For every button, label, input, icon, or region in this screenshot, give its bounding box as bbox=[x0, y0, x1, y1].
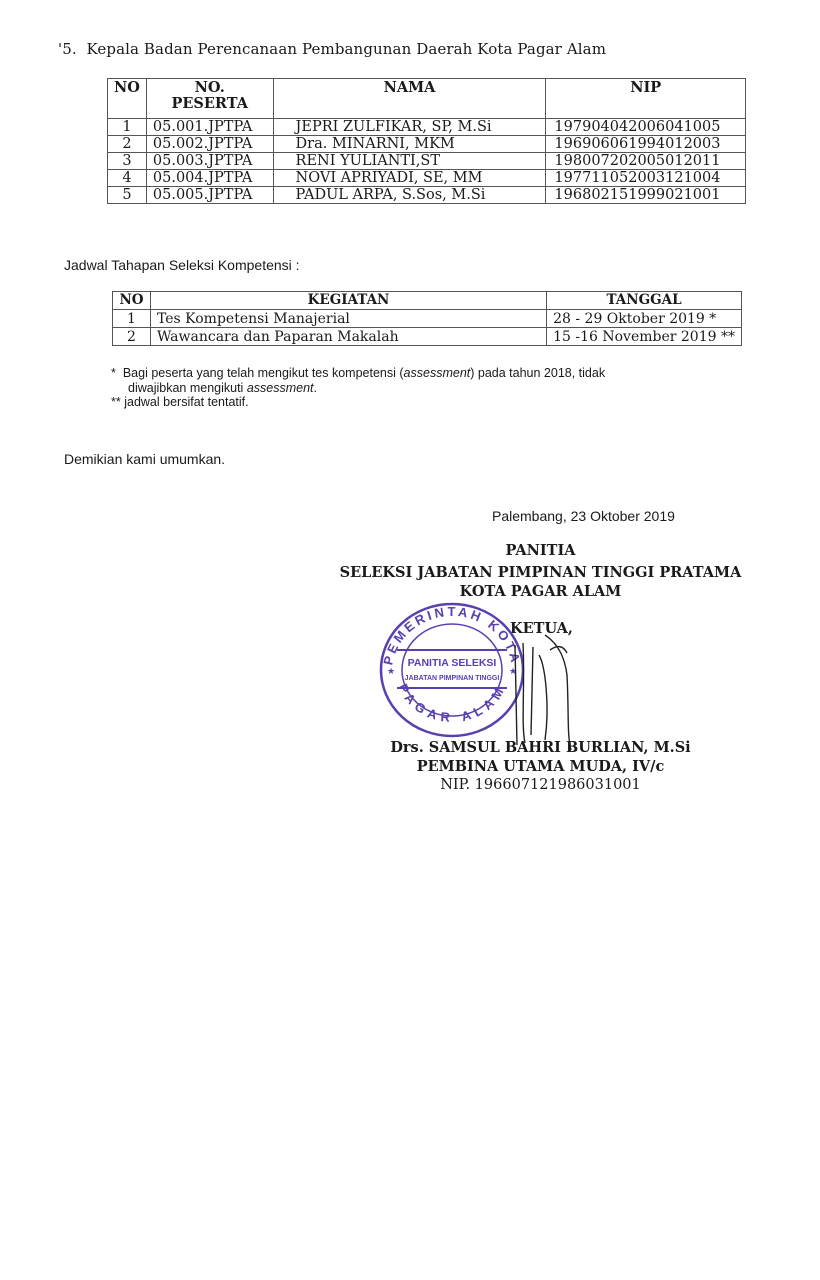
cell-no: 5 bbox=[108, 187, 147, 204]
header-no: NO bbox=[108, 79, 147, 119]
header-nip: NIP bbox=[546, 79, 746, 119]
cell-nama: RENI YULIANTI,ST bbox=[273, 153, 546, 170]
svg-text:PANITIA SELEKSI: PANITIA SELEKSI bbox=[408, 657, 497, 669]
header-nama: NAMA bbox=[273, 79, 546, 119]
closing-text: Demikian kami umumkan. bbox=[64, 451, 225, 467]
participants-table: NO NO. PESERTA NAMA NIP 1 05.001.JPTPA J… bbox=[107, 78, 746, 204]
cell-kegiatan: Wawancara dan Paparan Makalah bbox=[150, 328, 546, 346]
cell-no-peserta: 05.001.JPTPA bbox=[146, 119, 273, 136]
cell-no: 2 bbox=[113, 328, 151, 346]
table-row: 1 05.001.JPTPA JEPRI ZULFIKAR, SP, M.Si … bbox=[108, 119, 746, 136]
table-row: 3 05.003.JPTPA RENI YULIANTI,ST 19800720… bbox=[108, 153, 746, 170]
footnote-text: ) pada tahun 2018, tidak bbox=[470, 366, 605, 380]
footnote-marker: ** bbox=[111, 395, 121, 409]
cell-no: 4 bbox=[108, 170, 147, 187]
cell-no: 3 bbox=[108, 153, 147, 170]
schedule-label: Jadwal Tahapan Seleksi Kompetensi : bbox=[64, 257, 300, 273]
committee-city: KOTA PAGAR ALAM bbox=[318, 582, 763, 601]
cell-no-peserta: 05.003.JPTPA bbox=[146, 153, 273, 170]
header-tanggal: TANGGAL bbox=[547, 292, 742, 310]
table-row: 1 Tes Kompetensi Manajerial 28 - 29 Okto… bbox=[113, 310, 742, 328]
svg-text:★: ★ bbox=[387, 667, 395, 677]
cell-nama: Dra. MINARNI, MKM bbox=[273, 136, 546, 153]
signatory-name: Drs. SAMSUL BAHRI BURLIAN, M.Si bbox=[318, 738, 763, 757]
footnote-text: jadwal bersifat tentatif. bbox=[124, 395, 248, 409]
footnote-marker: * bbox=[111, 366, 116, 380]
cell-nama: JEPRI ZULFIKAR, SP, M.Si bbox=[273, 119, 546, 136]
signature-icon bbox=[505, 625, 595, 755]
table-header-row: NO KEGIATAN TANGGAL bbox=[113, 292, 742, 310]
section-number: '5. bbox=[58, 40, 77, 58]
header-no-peserta-line2: PESERTA bbox=[153, 96, 267, 112]
cell-no-peserta: 05.005.JPTPA bbox=[146, 187, 273, 204]
table-row: 2 Wawancara dan Paparan Makalah 15 -16 N… bbox=[113, 328, 742, 346]
footnote-italic: assessment bbox=[404, 366, 471, 380]
cell-no: 1 bbox=[108, 119, 147, 136]
header-no-peserta: NO. PESERTA bbox=[146, 79, 273, 119]
footnote-2: ** jadwal bersifat tentatif. bbox=[111, 395, 605, 410]
signatory-nip: NIP. 196607121986031001 bbox=[318, 776, 763, 795]
section-heading: '5. Kepala Badan Perencanaan Pembangunan… bbox=[58, 40, 606, 58]
cell-no-peserta: 05.002.JPTPA bbox=[146, 136, 273, 153]
footnote-text: diwajibkan mengikuti bbox=[128, 381, 247, 395]
footnote-1: * Bagi peserta yang telah mengikut tes k… bbox=[111, 366, 605, 381]
header-no-peserta-line1: NO. bbox=[153, 80, 267, 96]
footnote-1-line2: diwajibkan mengikuti assessment. bbox=[111, 381, 605, 396]
table-header-row: NO NO. PESERTA NAMA NIP bbox=[108, 79, 746, 119]
signatory-rank: PEMBINA UTAMA MUDA, IV/c bbox=[318, 757, 763, 776]
cell-no: 1 bbox=[113, 310, 151, 328]
table-row: 5 05.005.JPTPA PADUL ARPA, S.Sos, M.Si 1… bbox=[108, 187, 746, 204]
footnotes: * Bagi peserta yang telah mengikut tes k… bbox=[111, 366, 605, 410]
cell-no-peserta: 05.004.JPTPA bbox=[146, 170, 273, 187]
cell-nip: 197711052003121004 bbox=[546, 170, 746, 187]
table-row: 4 05.004.JPTPA NOVI APRIYADI, SE, MM 197… bbox=[108, 170, 746, 187]
cell-tanggal: 15 -16 November 2019 ** bbox=[547, 328, 742, 346]
footnote-italic: assessment bbox=[247, 381, 314, 395]
cell-nama: PADUL ARPA, S.Sos, M.Si bbox=[273, 187, 546, 204]
cell-nama: NOVI APRIYADI, SE, MM bbox=[273, 170, 546, 187]
cell-kegiatan: Tes Kompetensi Manajerial bbox=[150, 310, 546, 328]
cell-nip: 196906061994012003 bbox=[546, 136, 746, 153]
place-date: Palembang, 23 Oktober 2019 bbox=[492, 508, 675, 524]
cell-nip: 198007202005012011 bbox=[546, 153, 746, 170]
committee-title: PANITIA bbox=[318, 541, 763, 560]
cell-tanggal: 28 - 29 Oktober 2019 * bbox=[547, 310, 742, 328]
table-row: 2 05.002.JPTPA Dra. MINARNI, MKM 1969060… bbox=[108, 136, 746, 153]
header-kegiatan: KEGIATAN bbox=[150, 292, 546, 310]
cell-nip: 197904042006041005 bbox=[546, 119, 746, 136]
footnote-text: Bagi peserta yang telah mengikut tes kom… bbox=[123, 366, 404, 380]
cell-nip: 196802151999021001 bbox=[546, 187, 746, 204]
cell-no: 2 bbox=[108, 136, 147, 153]
committee-name: SELEKSI JABATAN PIMPINAN TINGGI PRATAMA bbox=[318, 563, 763, 582]
svg-text:JABATAN PIMPINAN TINGGI: JABATAN PIMPINAN TINGGI bbox=[405, 675, 500, 682]
footnote-text: . bbox=[314, 381, 317, 395]
header-no: NO bbox=[113, 292, 151, 310]
section-title: Kepala Badan Perencanaan Pembangunan Dae… bbox=[87, 40, 607, 58]
schedule-table: NO KEGIATAN TANGGAL 1 Tes Kompetensi Man… bbox=[112, 291, 742, 346]
